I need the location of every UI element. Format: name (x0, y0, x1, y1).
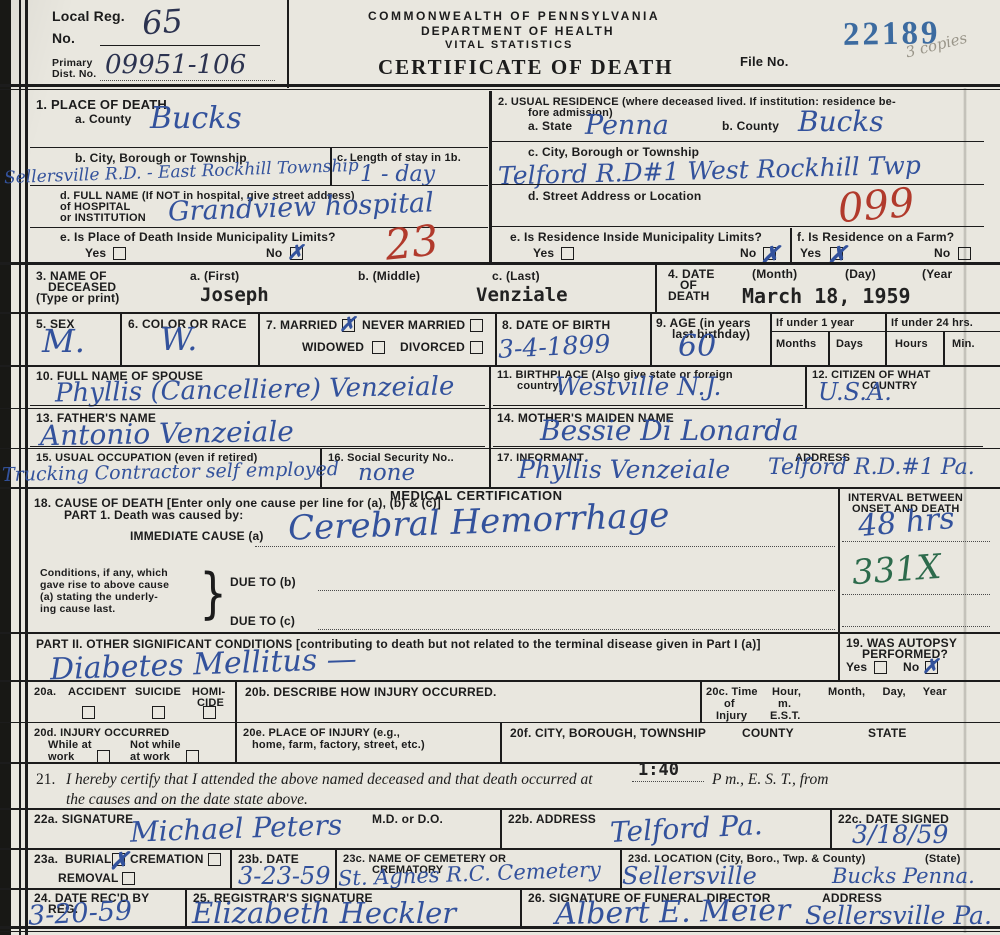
citizen-value: U.S.A. (818, 380, 892, 404)
date-of-death-3: DEATH (668, 290, 709, 304)
divorced-checkbox (470, 341, 483, 354)
row1012-top-rule (0, 365, 1000, 367)
div-10-11 (489, 367, 491, 408)
city-borough-value: Sellersville R.D. - East Rockhill Townsh… (4, 158, 359, 187)
row59-top-rule (0, 312, 1000, 314)
s2e-no-label: No (740, 247, 756, 261)
removal-label: REMOVAL (58, 872, 119, 886)
due-to-c-dotline (318, 629, 835, 630)
row1517-top-rule (0, 448, 1000, 449)
sec2-d-underline (492, 226, 984, 227)
div-20b-20c (700, 682, 702, 722)
div-24-25 (185, 890, 187, 928)
first-name-label: a. (First) (190, 270, 239, 284)
married-label: 7. MARRIED (266, 319, 337, 333)
md-do-label: M.D. or D.O. (372, 813, 443, 827)
due-to-b-dotline (318, 590, 835, 591)
middle-name-label: b. (Middle) (358, 270, 420, 284)
due-to-b-label: DUE TO (b) (230, 576, 296, 590)
interval-value: 48 hrs (857, 504, 956, 542)
physician-signature-label: 22a. SIGNATURE (34, 813, 133, 827)
header-rule-2 (0, 89, 1000, 90)
widowed-label: WIDOWED (302, 341, 364, 355)
vital-statistics-line: VITAL STATISTICS (445, 39, 573, 52)
date-recd-value: 3-20-59 (27, 897, 132, 929)
primary-dist-value: 09951-106 (105, 52, 246, 78)
row1314-top-rule (0, 408, 1000, 409)
row34-top-rule (0, 262, 1000, 265)
county-underline (30, 147, 488, 148)
age-value: 60 (678, 332, 716, 362)
funeral-director-value: Albert E. Meier (555, 896, 791, 930)
s1e-no-checkbox: ✗ (290, 247, 303, 260)
interval-dotline-3 (842, 626, 990, 627)
married-checkbox: ✗ (342, 319, 355, 332)
conditions-label-4: ing cause last. (40, 603, 115, 615)
injury-county-label: COUNTY (742, 727, 794, 741)
year-label: (Year (922, 268, 952, 282)
s1e-yes-label: Yes (85, 247, 106, 261)
sex-value: M. (42, 325, 85, 357)
certify-time-value: 1:40 (638, 760, 679, 780)
month-label: (Month) (752, 268, 797, 282)
length-of-stay-value: 1 - day (360, 164, 435, 186)
row2426-top-rule (0, 888, 1000, 890)
cremation-checkbox (208, 853, 221, 866)
dist-no-dotline (100, 80, 275, 81)
time-of-label: of (724, 698, 735, 711)
s2f-yes-label: Yes (800, 247, 821, 261)
place-of-injury-label-1: 20e. PLACE OF INJURY (e.g., (243, 727, 400, 740)
s2f-no-label: No (934, 247, 950, 261)
occupation-value: Trucking Contractor self employed (2, 460, 339, 485)
red-stamp-099: 099 (836, 180, 916, 232)
s2f-yes-checkbox: ✗ (830, 247, 843, 260)
div-23b-23c (335, 850, 337, 888)
first-name-value: Joseph (200, 284, 269, 306)
divorced-label: DIVORCED (400, 341, 465, 355)
local-reg-underline (100, 45, 260, 46)
sec2-ef-divider (790, 228, 792, 262)
s23a-num: 23a. (34, 853, 58, 867)
div-8-9 (650, 314, 652, 365)
accident-label: ACCIDENT (68, 686, 126, 699)
sec3-sec4-divider (655, 265, 657, 312)
paper-crease (963, 88, 967, 933)
under-1-year-label: If under 1 year (776, 317, 854, 330)
div-13-14 (489, 409, 491, 448)
conditions-brace: } (199, 562, 226, 625)
s2e-yes-label: Yes (533, 247, 554, 261)
date-of-death-value: March 18, 1959 (742, 284, 911, 308)
time-of-injury-label: 20c. Time (706, 686, 758, 699)
header-divider (287, 0, 289, 88)
never-married-checkbox (470, 319, 483, 332)
green-code-331x: 331X (851, 547, 943, 593)
local-reg-value: 65 (141, 5, 184, 40)
describe-injury-label: 20b. DESCRIBE HOW INJURY OCCURRED. (245, 686, 497, 700)
hospital-label-3: or INSTITUTION (60, 212, 146, 225)
res-county-label: b. County (722, 120, 779, 134)
never-married-label: NEVER MARRIED (362, 319, 465, 333)
street-address-label: d. Street Address or Location (528, 190, 701, 204)
res-county-value: Bucks (798, 108, 884, 136)
married-checkmark: ✗ (339, 312, 356, 336)
days-label: Days (836, 338, 863, 351)
death-certificate-scan: Local Reg. No. 65 Primary Dist. No. 0995… (0, 0, 1000, 935)
bottom-rule-2 (0, 931, 1000, 932)
department-line: DEPARTMENT OF HEALTH (421, 25, 615, 39)
div-20d-20e (235, 723, 237, 762)
injury-occurred-label: 20d. INJURY OCCURRED (34, 727, 169, 740)
autopsy-no-checkbox: ✗ (925, 661, 938, 674)
funeral-director-address-value: Sellersville Pa. (805, 903, 992, 928)
certify-time-dotline (632, 781, 704, 782)
s21-num: 21. (36, 771, 55, 789)
conditions-label-2: gave rise to above cause (40, 579, 169, 591)
physician-signature-value: Michael Peters (130, 811, 343, 846)
div-11-12 (805, 367, 807, 408)
birthplace-value: Westville N.J. (555, 374, 721, 399)
certificate-title: CERTIFICATE OF DEATH (378, 55, 674, 79)
interval-column-divider (838, 489, 840, 632)
sec1-row-line (30, 185, 488, 186)
burial-location-value-2: Bucks Penna. (832, 866, 975, 887)
part1-label: PART 1. Death was caused by: (64, 509, 243, 523)
s2e-no-checkbox: ✗ (763, 247, 776, 260)
bottom-rule-1 (0, 926, 1000, 929)
autopsy-yes-checkbox (874, 661, 887, 674)
dist-no-label: Dist. No. (52, 68, 96, 80)
conditions-label-3: (a) stating the underly- (40, 591, 158, 603)
est-label: E.S.T. (770, 710, 801, 723)
date-of-birth-value: 3-4-1899 (497, 331, 610, 362)
res-municipality-label: e. Is Residence Inside Municipality Limi… (510, 231, 762, 245)
burial-date-value: 3-23-59 (238, 864, 331, 888)
sec1-sec2-divider (489, 91, 492, 262)
mother-value: Bessie Di Lonarda (540, 417, 799, 445)
removal-checkbox (122, 872, 135, 885)
place-of-death-heading: 1. PLACE OF DEATH (36, 98, 167, 113)
interval-dotline-2 (842, 594, 990, 595)
immediate-cause-label: IMMEDIATE CAUSE (a) (130, 530, 264, 544)
u1-header-line (770, 331, 1000, 332)
color-race-value: W. (160, 323, 197, 355)
widowed-checkbox (372, 341, 385, 354)
interval-dotline-1 (842, 541, 990, 542)
state-label: a. State (528, 120, 572, 134)
file-no-label: File No. (740, 55, 789, 70)
months-label: Months (776, 338, 816, 351)
informant-address-value: Telford R.D.#1 Pa. (768, 457, 975, 479)
div-months-days (828, 332, 830, 365)
m-label: m. (778, 698, 791, 711)
informant-value: Phyllis Venzeiale (518, 457, 730, 482)
burial-checkbox: ✗ (112, 853, 125, 866)
s2e-yes-checkbox (561, 247, 574, 260)
cremation-label: CREMATION (130, 853, 204, 867)
row21-top-rule (0, 762, 1000, 764)
sec1-bc-divider (330, 148, 332, 185)
burial-label: BURIAL (65, 853, 112, 867)
autopsy-no-checkmark: ✗ (922, 654, 939, 678)
div-5-6 (120, 314, 122, 365)
homicide-checkbox (203, 706, 216, 719)
div-16-17 (489, 449, 491, 487)
div-9-u1 (770, 314, 772, 365)
div-22a-22b (500, 810, 502, 848)
day-label: (Day) (845, 268, 876, 282)
certify-text-3: the causes and on the date state above. (66, 791, 308, 809)
month-day-year-label: Month, Day, Year (828, 686, 947, 699)
sec2-ab-underline (492, 141, 984, 142)
row23-top-rule (0, 848, 1000, 850)
under-24-label: If under 24 hrs. (891, 317, 973, 330)
s1e-yes-checkbox (113, 247, 126, 260)
accident-checkbox (82, 706, 95, 719)
commonwealth-line: COMMONWEALTH OF PENNSYLVANIA (368, 10, 660, 24)
hours-label: Hours (895, 338, 928, 351)
name-of-deceased-3: (Type or print) (36, 292, 119, 306)
suicide-checkbox (152, 706, 165, 719)
place-of-injury-label-2: home, farm, factory, street, etc.) (252, 739, 425, 752)
min-label: Min. (952, 338, 975, 351)
local-reg-no-label: No. (52, 30, 75, 46)
conditions-label-1: Conditions, if any, which (40, 567, 168, 579)
part2-top-rule (0, 632, 1000, 634)
county-value: Bucks (150, 104, 242, 134)
injury-city-label: 20f. CITY, BOROUGH, TOWNSHIP (510, 727, 706, 741)
last-name-label: c. (Last) (492, 270, 540, 284)
physician-address-label: 22b. ADDRESS (508, 813, 596, 827)
injury-state-label: STATE (868, 727, 907, 741)
autopsy-divider (838, 633, 840, 680)
div-hours-min (943, 332, 945, 365)
registrar-signature-value: Elizabeth Heckler (192, 899, 456, 928)
time-injury-label: Injury (716, 710, 747, 723)
header-rule-1 (0, 84, 1000, 87)
div-23a-23b (230, 850, 232, 888)
farm-label: f. Is Residence on a Farm? (797, 231, 954, 245)
local-reg-label: Local Reg. (52, 8, 125, 24)
spouse-value: Phyllis (Cancelliere) Venzeiale (55, 374, 455, 407)
certify-text-1: I hereby certify that I attended the abo… (66, 771, 593, 789)
s2f-no-checkbox (958, 247, 971, 260)
state-value: Penna (585, 112, 669, 139)
div-20e-20f (500, 723, 502, 762)
not-while-label-1: Not while (130, 739, 181, 752)
s1e-no-checkmark: ✗ (287, 240, 304, 264)
certify-text-2: P m., E. S. T., from (712, 771, 828, 789)
last-name-value: Venziale (476, 284, 568, 306)
div-6-7 (258, 314, 260, 365)
div-u1-u24 (885, 314, 887, 365)
burial-location-value-1: Sellersville (622, 864, 757, 888)
ssn-value: none (358, 462, 415, 485)
div-25-26 (520, 890, 522, 928)
s1e-no-label: No (266, 247, 282, 261)
div-20a-20b (235, 682, 237, 722)
autopsy-no-label: No (903, 661, 919, 675)
div-22b-22c (830, 810, 832, 848)
autopsy-yes-label: Yes (846, 661, 867, 675)
date-signed-value: 3/18/59 (852, 822, 948, 847)
hour-label: Hour, (772, 686, 801, 699)
spouse-underline (30, 405, 485, 406)
due-to-c-label: DUE TO (c) (230, 615, 295, 629)
birthplace-underline (493, 405, 803, 406)
s20a-num: 20a. (34, 686, 56, 699)
suicide-label: SUICIDE (135, 686, 181, 699)
county-label: a. County (75, 113, 131, 127)
while-at-label-1: While at (48, 739, 92, 752)
physician-address-value: Telford Pa. (609, 811, 763, 847)
row20abc-top-rule (0, 680, 1000, 682)
